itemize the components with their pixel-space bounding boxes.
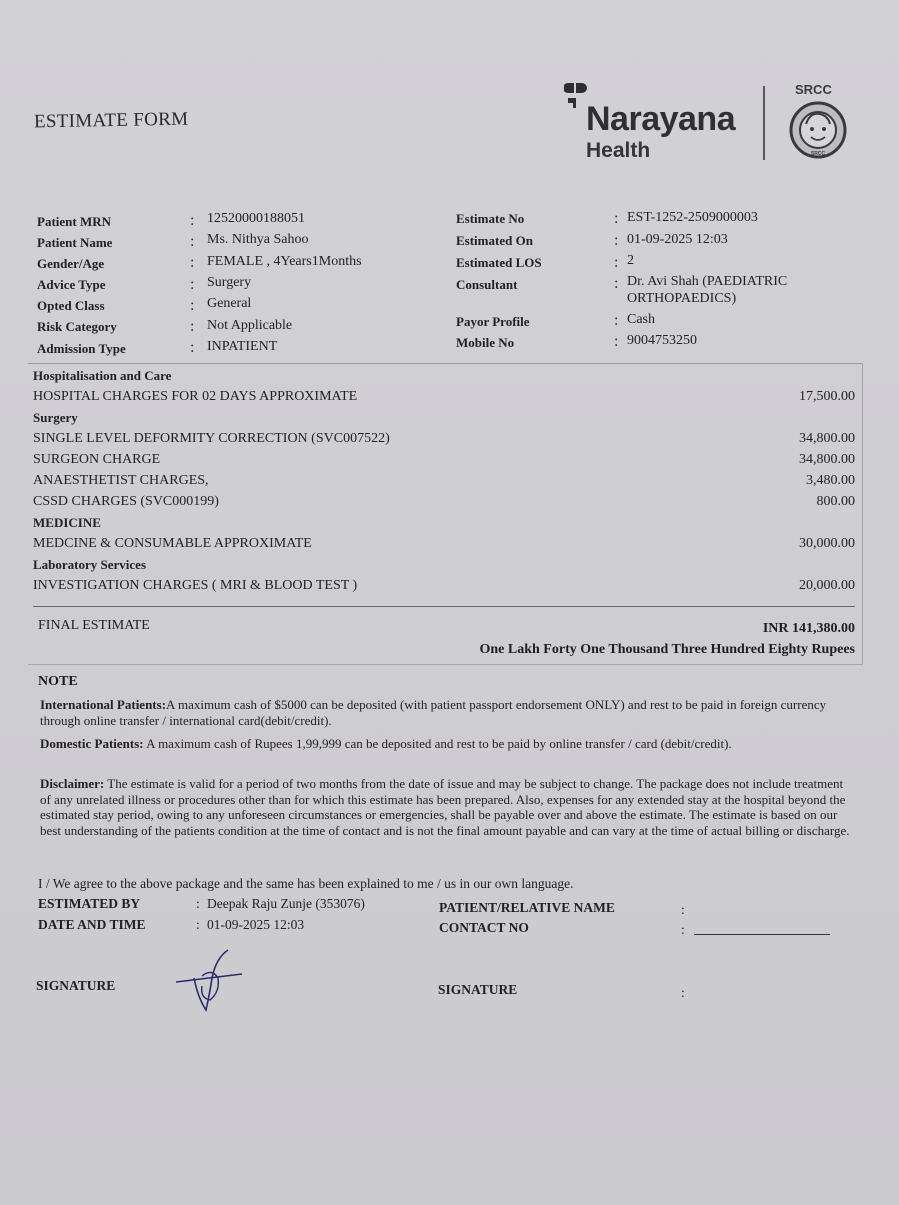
value-payor-profile: Cash (627, 312, 655, 328)
label-patient-name: Patient Name (37, 235, 112, 251)
narayana-health-logo: Narayana Health SRCC SRCC (562, 78, 862, 168)
charge-category-row: MEDICINE (33, 515, 855, 535)
colon: : (190, 297, 194, 315)
logo-divider (763, 86, 765, 160)
label-estimated-los: Estimated LOS (456, 255, 542, 271)
item-description: CSSD CHARGES (SVC000199) (33, 494, 219, 510)
charge-item-row: MEDCINE & CONSUMABLE APPROXIMATE30,000.0… (33, 536, 855, 556)
item-amount: 20,000.00 (799, 578, 855, 594)
international-patients-note: International Patients:A maximum cash of… (40, 697, 850, 729)
colon: : (190, 212, 194, 230)
label-gender-age: Gender/Age (37, 256, 104, 272)
colon: : (190, 339, 194, 357)
value-estimated-los: 2 (627, 253, 634, 269)
value-risk-category: Not Applicable (207, 318, 292, 334)
date-time-value: 01-09-2025 12:03 (207, 917, 304, 933)
label-risk-category: Risk Category (37, 319, 117, 335)
agreement-statement: I / We agree to the above package and th… (38, 876, 573, 892)
charge-item-row: CSSD CHARGES (SVC000199)800.00 (33, 494, 855, 514)
charge-item-row: HOSPITAL CHARGES FOR 02 DAYS APPROXIMATE… (33, 389, 855, 409)
colon: : (196, 896, 200, 912)
item-amount: 17,500.00 (799, 389, 855, 405)
label-patient-mrn: Patient MRN (37, 214, 111, 230)
form-title: ESTIMATE FORM (34, 109, 189, 134)
value-consultant: Dr. Avi Shah (PAEDIATRIC (627, 274, 787, 290)
item-description: INVESTIGATION CHARGES ( MRI & BLOOD TEST… (33, 578, 357, 594)
srcc-child-face-icon: SRCC (788, 100, 848, 160)
note-title: NOTE (38, 674, 78, 690)
colon: : (190, 254, 194, 272)
label-payor-profile: Payor Profile (456, 314, 530, 330)
colon: : (614, 333, 618, 351)
domestic-text: A maximum cash of Rupees 1,99,999 can be… (144, 736, 732, 751)
value-admission-type: INPATIENT (207, 339, 277, 355)
final-estimate-label: FINAL ESTIMATE (38, 618, 150, 634)
item-amount: 30,000.00 (799, 536, 855, 552)
label-estimate-no: Estimate No (456, 211, 524, 227)
item-amount: 800.00 (817, 494, 856, 510)
contact-no-label: CONTACT NO (439, 920, 529, 936)
date-time-label: DATE AND TIME (38, 917, 146, 933)
item-description: SURGEON CHARGE (33, 452, 160, 468)
item-description: ANAESTHETIST CHARGES, (33, 473, 209, 489)
disclaimer-note: Disclaimer: The estimate is valid for a … (40, 776, 852, 838)
handwritten-signature (172, 948, 262, 1018)
colon: : (681, 902, 685, 918)
final-estimate-amount: INR 141,380.00 (763, 621, 855, 637)
item-description: HOSPITAL CHARGES FOR 02 DAYS APPROXIMATE (33, 389, 357, 405)
domestic-patients-note: Domestic Patients: A maximum cash of Rup… (40, 736, 850, 752)
value-opted-class: General (207, 296, 251, 312)
category-name: MEDICINE (33, 515, 101, 531)
colon: : (614, 232, 618, 250)
domestic-label: Domestic Patients: (40, 736, 144, 751)
signature-label-left: SIGNATURE (36, 978, 115, 994)
total-divider (33, 606, 855, 607)
srcc-label: SRCC (795, 82, 832, 97)
colon: : (614, 275, 618, 293)
item-amount: 34,800.00 (799, 431, 855, 447)
charges-table: Hospitalisation and CareHOSPITAL CHARGES… (28, 363, 863, 665)
colon: : (614, 254, 618, 272)
contact-no-blank-line (694, 934, 830, 935)
brand-name: Narayana (586, 100, 735, 139)
label-opted-class: Opted Class (37, 298, 105, 314)
disclaimer-label: Disclaimer: (40, 776, 104, 791)
category-name: Laboratory Services (33, 557, 146, 573)
svg-text:SRCC: SRCC (811, 151, 826, 157)
item-description: MEDCINE & CONSUMABLE APPROXIMATE (33, 536, 312, 552)
colon: : (681, 922, 685, 938)
brand-subtitle: Health (586, 139, 650, 163)
value-consultant-line2: ORTHOPAEDICS) (627, 291, 736, 307)
category-name: Hospitalisation and Care (33, 368, 171, 384)
label-mobile-no: Mobile No (456, 335, 514, 351)
charge-item-row: ANAESTHETIST CHARGES,3,480.00 (33, 473, 855, 493)
value-gender-age: FEMALE , 4Years1Months (207, 254, 362, 270)
label-estimated-on: Estimated On (456, 233, 533, 249)
colon: : (190, 233, 194, 251)
value-patient-name: Ms. Nithya Sahoo (207, 232, 309, 248)
value-estimated-on: 01-09-2025 12:03 (627, 232, 728, 248)
estimated-by-value: Deepak Raju Zunje (353076) (207, 896, 365, 912)
colon: : (196, 917, 200, 933)
colon: : (681, 985, 685, 1001)
value-patient-mrn: 12520000188051 (207, 211, 305, 227)
colon: : (190, 318, 194, 336)
colon: : (614, 312, 618, 330)
charge-category-row: Laboratory Services (33, 557, 855, 577)
charge-category-row: Surgery (33, 410, 855, 430)
charge-item-row: SINGLE LEVEL DEFORMITY CORRECTION (SVC00… (33, 431, 855, 451)
estimated-by-label: ESTIMATED BY (38, 896, 140, 912)
label-admission-type: Admission Type (37, 341, 126, 357)
patient-relative-name-label: PATIENT/RELATIVE NAME (439, 900, 615, 916)
signature-label-right: SIGNATURE (438, 982, 517, 998)
colon: : (614, 210, 618, 228)
international-label: International Patients: (40, 697, 166, 712)
colon: : (190, 276, 194, 294)
final-estimate-words: One Lakh Forty One Thousand Three Hundre… (480, 642, 856, 658)
disclaimer-text: The estimate is valid for a period of tw… (40, 776, 850, 838)
value-advice-type: Surgery (207, 275, 251, 291)
label-consultant: Consultant (456, 277, 517, 293)
charge-category-row: Hospitalisation and Care (33, 368, 855, 388)
estimate-form-page: ESTIMATE FORM Narayana Health SRCC SRCC … (0, 0, 899, 1205)
value-estimate-no: EST-1252-2509000003 (627, 210, 758, 226)
item-description: SINGLE LEVEL DEFORMITY CORRECTION (SVC00… (33, 431, 390, 447)
charge-item-row: INVESTIGATION CHARGES ( MRI & BLOOD TEST… (33, 578, 855, 598)
charge-item-row: SURGEON CHARGE34,800.00 (33, 452, 855, 472)
item-amount: 3,480.00 (806, 473, 855, 489)
category-name: Surgery (33, 410, 78, 426)
item-amount: 34,800.00 (799, 452, 855, 468)
value-mobile-no: 9004753250 (627, 333, 697, 349)
label-advice-type: Advice Type (37, 277, 106, 293)
